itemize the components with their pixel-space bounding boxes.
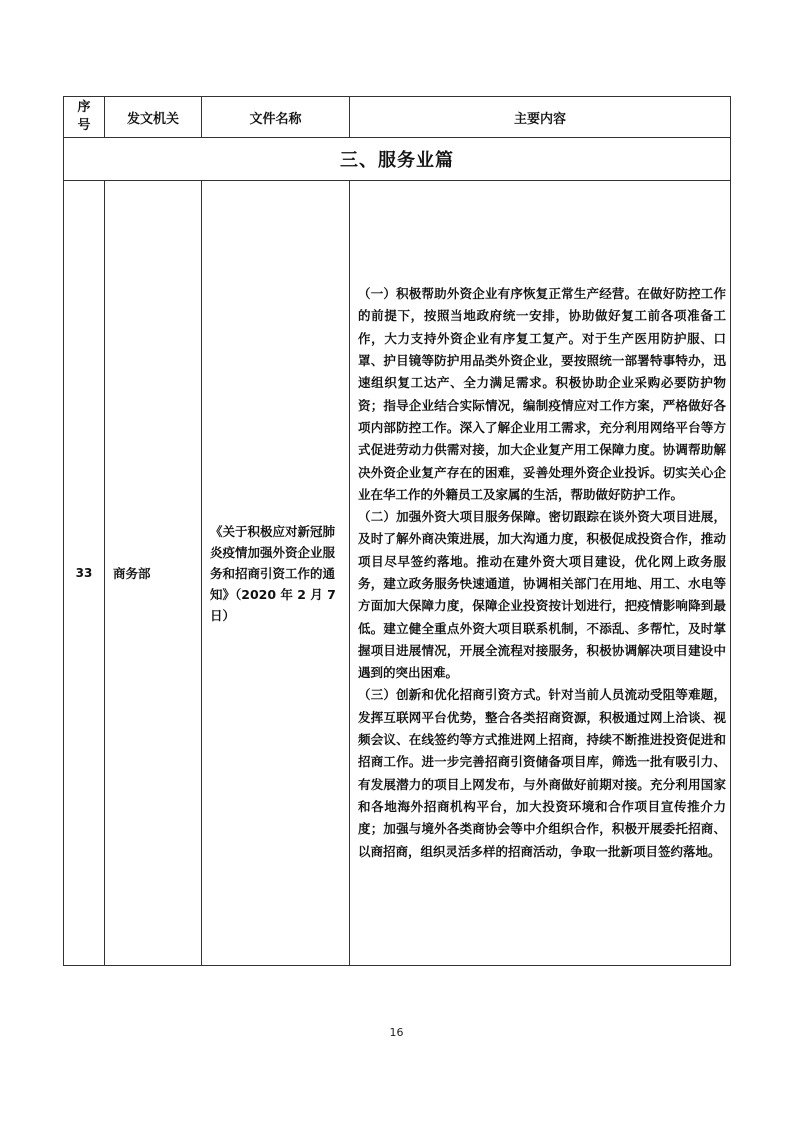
section-row: 三、服务业篇 [64, 138, 731, 181]
table-row: 33 商务部 《关于积极应对新冠肺炎疫情加强外资企业服务和招商引资工作的通知》（… [64, 181, 731, 966]
section-title: 三、服务业篇 [64, 138, 731, 181]
content-paragraph-1: （一）积极帮助外资企业有序恢复正常生产经营。在做好防控工作的前提下，按照当地政府… [358, 283, 726, 506]
header-no: 序号 [64, 97, 105, 138]
row-doc-name: 《关于积极应对新冠肺炎疫情加强外资企业服务和招商引资工作的通知》（2020 年 … [202, 181, 350, 966]
row-issuer: 商务部 [105, 181, 202, 966]
policy-table: 序号 发文机关 文件名称 主要内容 三、服务业篇 33 商务部 《关于积极应对新… [63, 96, 731, 966]
header-doc-name: 文件名称 [202, 97, 350, 138]
row-number: 33 [64, 181, 105, 966]
content-paragraph-2: （二）加强外资大项目服务保障。密切跟踪在谈外资大项目进展，及时了解外商决策进展，… [358, 506, 726, 684]
header-content: 主要内容 [350, 97, 731, 138]
header-issuer: 发文机关 [105, 97, 202, 138]
table-header-row: 序号 发文机关 文件名称 主要内容 [64, 97, 731, 138]
content-paragraph-3: （三）创新和优化招商引资方式。针对当前人员流动受阻等难题，发挥互联网平台优势，整… [358, 684, 726, 862]
row-content: （一）积极帮助外资企业有序恢复正常生产经营。在做好防控工作的前提下，按照当地政府… [350, 181, 731, 966]
page-number: 16 [0, 1026, 793, 1039]
